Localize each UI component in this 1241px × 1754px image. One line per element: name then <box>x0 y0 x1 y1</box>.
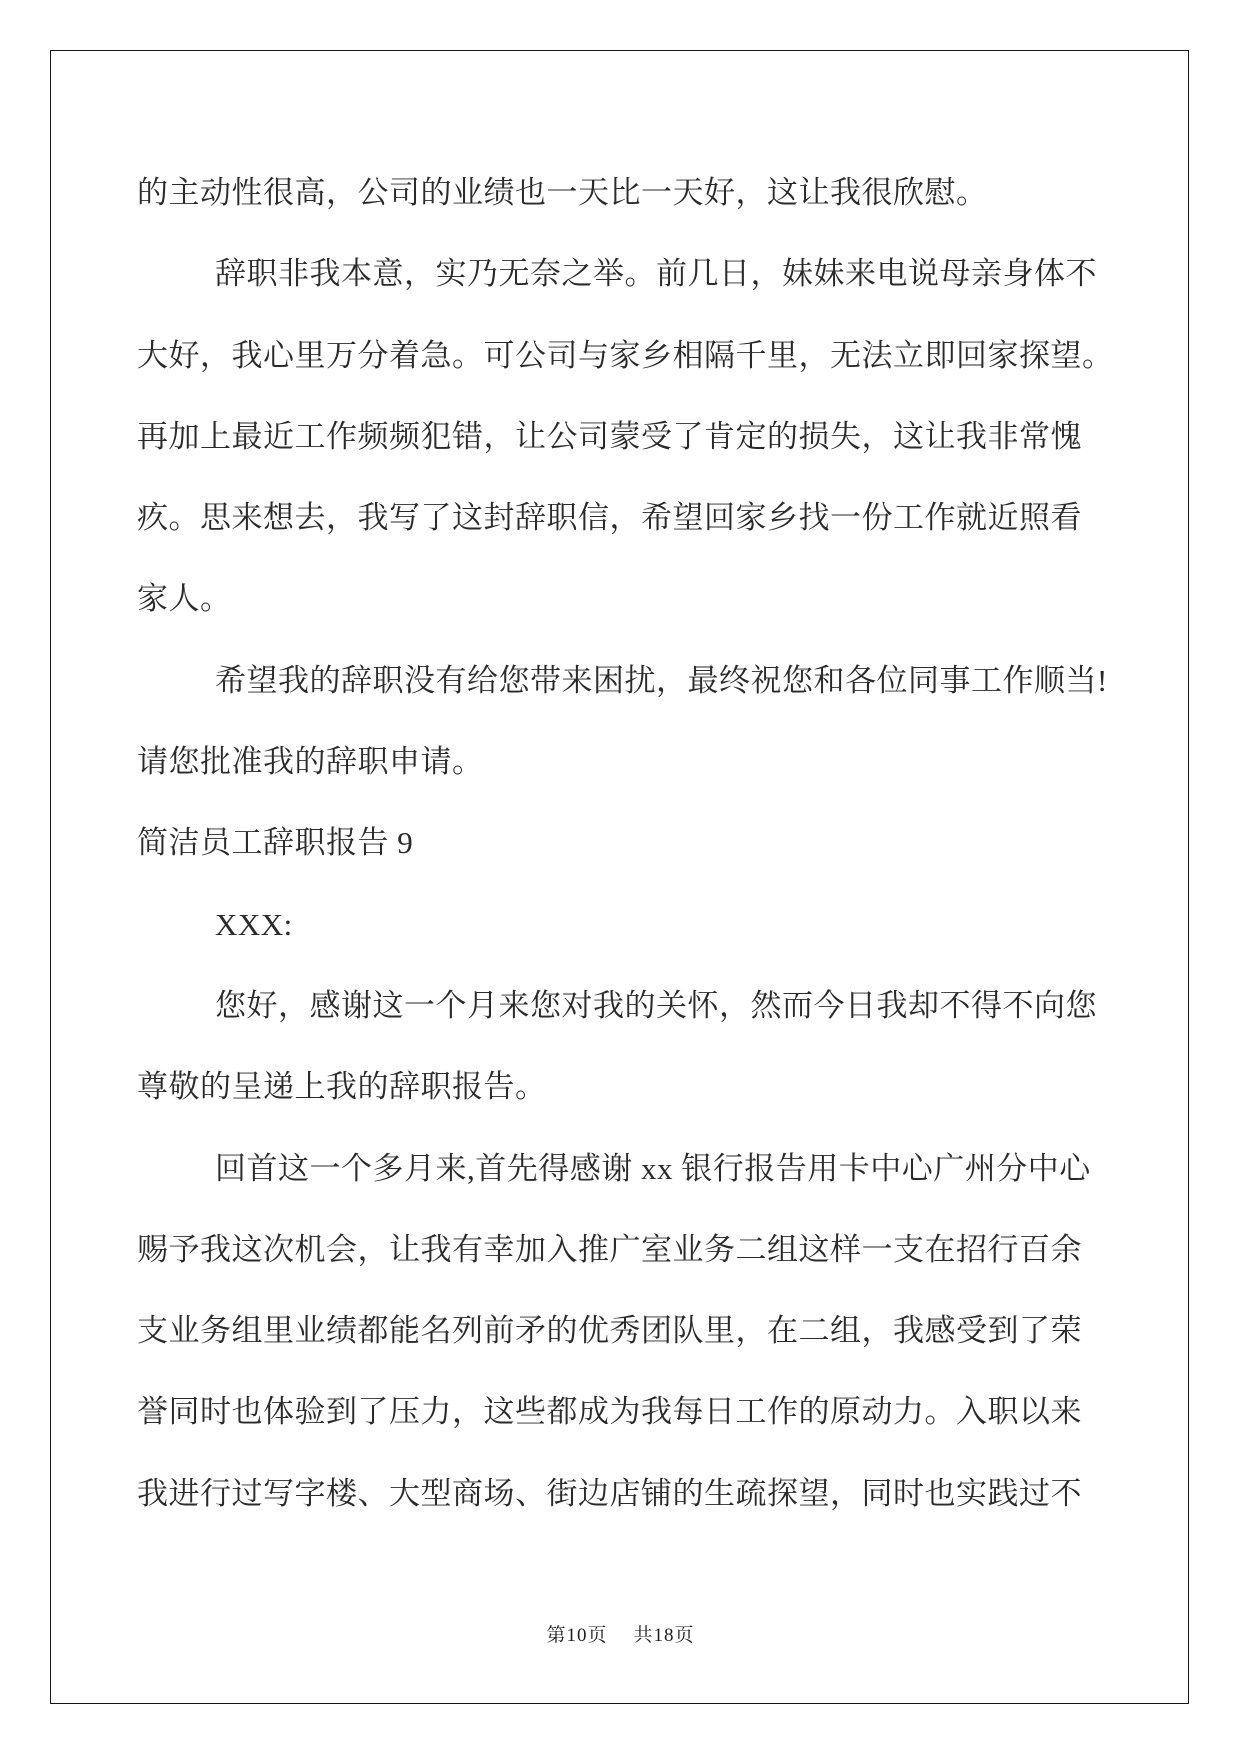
document-body: 的主动性很高，公司的业绩也一天比一天好，这让我很欣慰。 辞职非我本意，实乃无奈之… <box>137 152 1112 1534</box>
section-heading: 简洁员工辞职报告 9 <box>137 802 1112 883</box>
total-pages: 共18页 <box>634 1625 695 1646</box>
text-line: 希望我的辞职没有给您带来困扰，最终祝您和各位同事工作顺当! <box>137 640 1112 721</box>
text-line: 再加上最近工作频频犯错，让公司蒙受了肯定的损失，这让我非常愧 <box>137 396 1112 477</box>
text-line: 您好，感谢这一个月来您对我的关怀，然而今日我却不得不向您 <box>137 965 1112 1046</box>
document-page: 的主动性很高，公司的业绩也一天比一天好，这让我很欣慰。 辞职非我本意，实乃无奈之… <box>0 0 1241 1754</box>
text-line: 誉同时也体验到了压力，这些都成为我每日工作的原动力。入职以来 <box>137 1371 1112 1452</box>
text-line: 辞职非我本意，实乃无奈之举。前几日，妹妹来电说母亲身体不 <box>137 233 1112 314</box>
page-number: 第10页 <box>546 1625 607 1646</box>
text-line: 的主动性很高，公司的业绩也一天比一天好，这让我很欣慰。 <box>137 152 1112 233</box>
salutation-line: XXX: <box>137 884 1112 965</box>
text-line: 回首这一个多月来,首先得感谢 xx 银行报告用卡中心广州分中心 <box>137 1128 1112 1209</box>
text-line: 赐予我这次机会，让我有幸加入推广室业务二组这样一支在招行百余 <box>137 1209 1112 1290</box>
text-line: 家人。 <box>137 558 1112 639</box>
text-line: 尊敬的呈递上我的辞职报告。 <box>137 1046 1112 1127</box>
text-line: 疚。思来想去，我写了这封辞职信，希望回家乡找一份工作就近照看 <box>137 477 1112 558</box>
text-line: 我进行过写字楼、大型商场、街边店铺的生疏探望，同时也实践过不 <box>137 1453 1112 1534</box>
text-line: 大好，我心里万分着急。可公司与家乡相隔千里，无法立即回家探望。 <box>137 315 1112 396</box>
text-line: 请您批准我的辞职申请。 <box>137 721 1112 802</box>
page-footer: 第10页共18页 <box>0 1620 1241 1647</box>
text-line: 支业务组里业绩都能名列前矛的优秀团队里，在二组，我感受到了荣 <box>137 1290 1112 1371</box>
